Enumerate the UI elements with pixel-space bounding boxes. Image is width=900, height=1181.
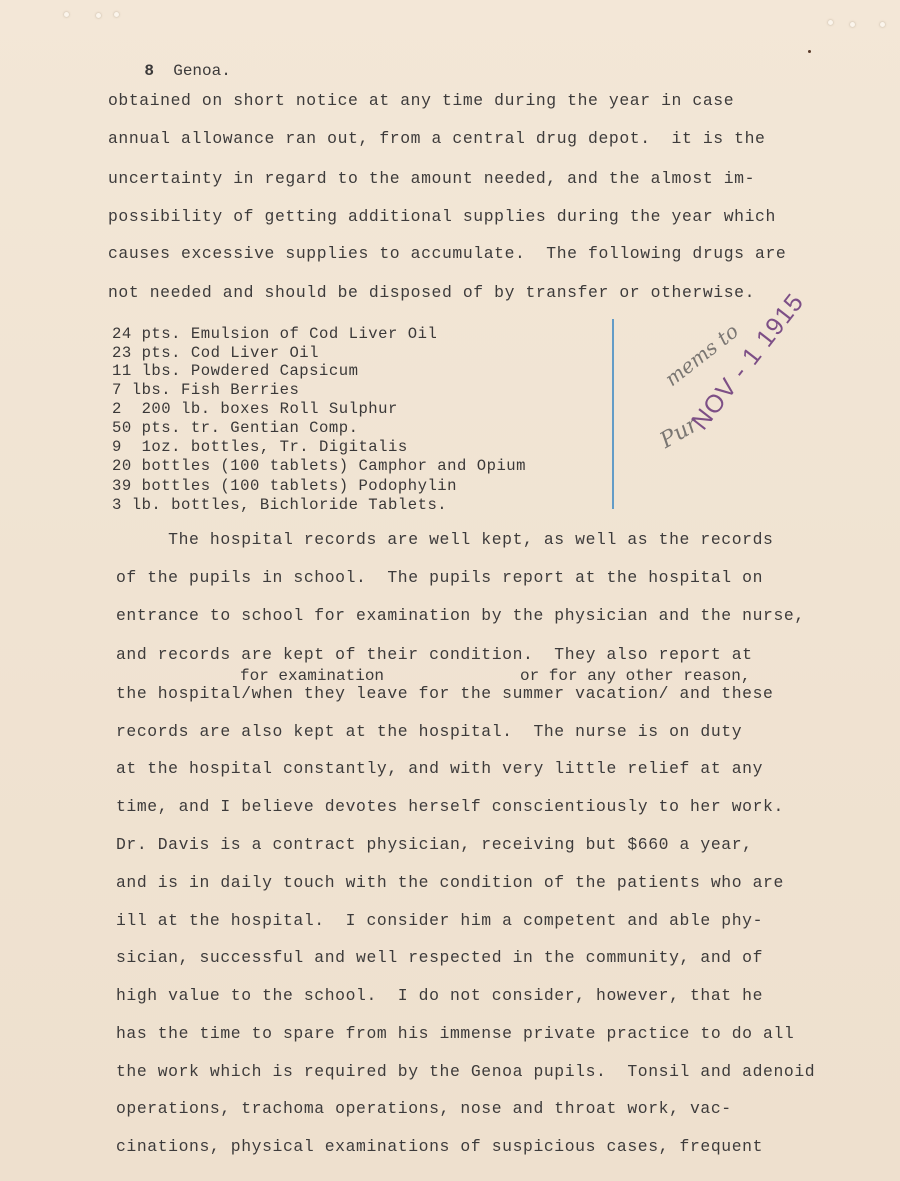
list-item: 50 pts. tr. Gentian Comp.: [112, 419, 358, 437]
text-line: of the pupils in school. The pupils repo…: [116, 568, 763, 587]
text-line: obtained on short notice at any time dur…: [108, 91, 734, 110]
page-header: 8 Genoa.: [106, 44, 231, 98]
text-line: high value to the school. I do not consi…: [116, 986, 763, 1005]
page-title: Genoa.: [173, 62, 231, 80]
text-line: Dr. Davis is a contract physician, recei…: [116, 835, 753, 854]
list-item: 2 200 lb. boxes Roll Sulphur: [112, 400, 398, 418]
text-line: sician, successful and well respected in…: [116, 948, 763, 967]
text-line: has the time to spare from his immense p…: [116, 1024, 794, 1043]
interlinear-insert: or for any other reason,: [520, 667, 750, 685]
list-item: 3 lb. bottles, Bichloride Tablets.: [112, 496, 447, 514]
text-line: possibility of getting additional suppli…: [108, 207, 776, 226]
text-line: cinations, physical examinations of susp…: [116, 1137, 763, 1156]
text-line: time, and I believe devotes herself cons…: [116, 797, 784, 816]
text-line: records are also kept at the hospital. T…: [116, 722, 742, 741]
text-line: The hospital records are well kept, as w…: [116, 530, 773, 549]
text-line: the work which is required by the Genoa …: [116, 1062, 815, 1081]
ink-speck: [808, 50, 811, 53]
text-line: entrance to school for examination by th…: [116, 606, 805, 625]
list-item: 9 1oz. bottles, Tr. Digitalis: [112, 438, 408, 456]
punch-hole: [828, 20, 833, 25]
text-line: causes excessive supplies to accumulate.…: [108, 244, 786, 263]
text-line: not needed and should be disposed of by …: [108, 283, 755, 302]
document-page: 8 Genoa. obtained on short notice at any…: [0, 0, 900, 1181]
list-item: 24 pts. Emulsion of Cod Liver Oil: [112, 325, 437, 343]
text-line: and is in daily touch with the condition…: [116, 873, 784, 892]
punch-hole: [880, 22, 885, 27]
text-line: operations, trachoma operations, nose an…: [116, 1099, 732, 1118]
list-item: 7 lbs. Fish Berries: [112, 381, 299, 399]
text-line: at the hospital constantly, and with ver…: [116, 759, 763, 778]
punch-hole: [64, 12, 69, 17]
punch-hole: [96, 13, 101, 18]
blue-pencil-mark: [612, 319, 614, 509]
list-item: 20 bottles (100 tablets) Camphor and Opi…: [112, 457, 526, 475]
list-item: 11 lbs. Powdered Capsicum: [112, 362, 358, 380]
interlinear-insert: for examination: [240, 667, 384, 685]
text-line: annual allowance ran out, from a central…: [108, 129, 765, 148]
page-number: 8: [144, 62, 154, 80]
punch-hole: [850, 22, 855, 27]
punch-hole: [114, 12, 119, 17]
text-line: and records are kept of their condition.…: [116, 645, 753, 664]
text-line: the hospital/when they leave for the sum…: [116, 684, 773, 703]
list-item: 23 pts. Cod Liver Oil: [112, 344, 319, 362]
text-line: uncertainty in regard to the amount need…: [108, 169, 755, 188]
text-line: ill at the hospital. I consider him a co…: [116, 911, 763, 930]
list-item: 39 bottles (100 tablets) Podophylin: [112, 477, 457, 495]
